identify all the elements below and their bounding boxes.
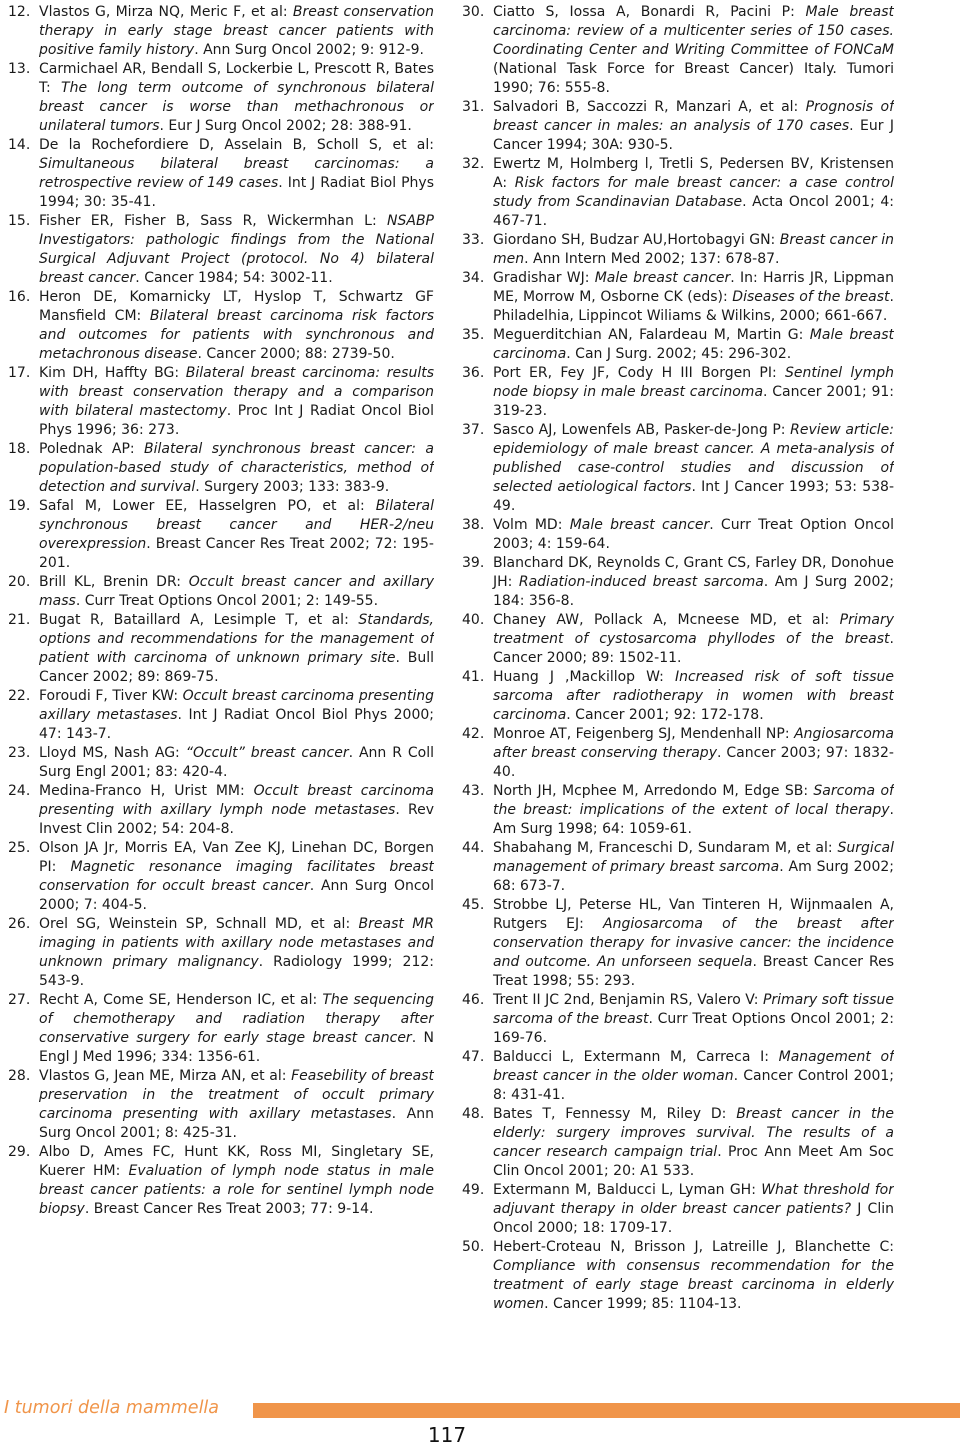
reference-number: 25. xyxy=(8,839,30,858)
reference-item: 29.Albo D, Ames FC, Hunt KK, Ross MI, Si… xyxy=(8,1143,434,1219)
reference-number: 41. xyxy=(462,668,484,687)
reference-text: Brill KL, Brenin DR: xyxy=(39,574,189,590)
reference-text: Vlastos G, Jean ME, Mirza AN, et al: xyxy=(39,1068,291,1084)
page-number: 117 xyxy=(387,1423,507,1447)
reference-text: Volm MD: xyxy=(493,517,570,533)
reference-title: “Occult” breast cancer xyxy=(186,745,349,761)
reference-item: 13.Carmichael AR, Bendall S, Lockerbie L… xyxy=(8,60,434,136)
reference-text: Sasco AJ, Lowenfels AB, Pasker-de-Jong P… xyxy=(493,422,790,438)
reference-number: 26. xyxy=(8,915,30,934)
reference-text: Salvadori B, Saccozzi R, Manzari A, et a… xyxy=(493,99,806,115)
reference-text: Vlastos G, Mirza NQ, Meric F, et al: xyxy=(39,4,293,20)
reference-number: 19. xyxy=(8,497,30,516)
reference-number: 14. xyxy=(8,136,30,155)
reference-text: Ciatto S, Iossa A, Bonardi R, Pacini P: xyxy=(493,4,806,20)
reference-item: 47.Balducci L, Extermann M, Carreca I: M… xyxy=(462,1048,894,1105)
reference-number: 31. xyxy=(462,98,484,117)
reference-item: 24.Medina-Franco H, Urist MM: Occult bre… xyxy=(8,782,434,839)
reference-text: . Cancer 1999; 85: 1104-13. xyxy=(544,1296,741,1312)
footer-series-title: I tumori della mammella xyxy=(4,1396,219,1420)
reference-number: 17. xyxy=(8,364,30,383)
reference-number: 29. xyxy=(8,1143,30,1162)
reference-number: 21. xyxy=(8,611,30,630)
reference-item: 27.Recht A, Come SE, Henderson IC, et al… xyxy=(8,991,434,1067)
reference-item: 43.North JH, Mcphee M, Arredondo M, Edge… xyxy=(462,782,894,839)
reference-text: North JH, Mcphee M, Arredondo M, Edge SB… xyxy=(493,783,813,799)
reference-number: 37. xyxy=(462,421,484,440)
reference-number: 48. xyxy=(462,1105,484,1124)
reference-item: 23.Lloyd MS, Nash AG: “Occult” breast ca… xyxy=(8,744,434,782)
reference-number: 34. xyxy=(462,269,484,288)
reference-item: 28.Vlastos G, Jean ME, Mirza AN, et al: … xyxy=(8,1067,434,1143)
reference-number: 27. xyxy=(8,991,30,1010)
reference-item: 25.Olson JA Jr, Morris EA, Van Zee KJ, L… xyxy=(8,839,434,915)
reference-item: 50.Hebert-Croteau N, Brisson J, Latreill… xyxy=(462,1238,894,1314)
reference-number: 20. xyxy=(8,573,30,592)
reference-item: 32.Ewertz M, Holmberg l, Tretli S, Peder… xyxy=(462,155,894,231)
reference-number: 46. xyxy=(462,991,484,1010)
reference-item: 37.Sasco AJ, Lowenfels AB, Pasker-de-Jon… xyxy=(462,421,894,516)
reference-text: Balducci L, Extermann M, Carreca I: xyxy=(493,1049,779,1065)
reference-title: Radiation-induced breast sarcoma xyxy=(519,574,764,590)
reference-number: 45. xyxy=(462,896,484,915)
reference-text: De la Rochefordiere D, Asselain B, Schol… xyxy=(39,137,434,153)
reference-text: Giordano SH, Budzar AU,Hortobagyi GN: xyxy=(493,232,780,248)
reference-item: 49.Extermann M, Balducci L, Lyman GH: Wh… xyxy=(462,1181,894,1238)
reference-text: Foroudi F, Tiver KW: xyxy=(39,688,183,704)
reference-text: . Curr Treat Options Oncol 2001; 2: 149-… xyxy=(76,593,378,609)
reference-text: . Ann Intern Med 2002; 137: 678-87. xyxy=(524,251,779,267)
reference-item: 40.Chaney AW, Pollack A, Mcneese MD, et … xyxy=(462,611,894,668)
reference-text: Medina-Franco H, Urist MM: xyxy=(39,783,254,799)
reference-item: 33.Giordano SH, Budzar AU,Hortobagyi GN:… xyxy=(462,231,894,269)
references-column-left: 12.Vlastos G, Mirza NQ, Meric F, et al: … xyxy=(8,3,434,1393)
reference-number: 12. xyxy=(8,3,30,22)
reference-item: 39.Blanchard DK, Reynolds C, Grant CS, F… xyxy=(462,554,894,611)
reference-number: 30. xyxy=(462,3,484,22)
reference-title: Male breast cancer xyxy=(570,517,710,533)
reference-item: 30.Ciatto S, Iossa A, Bonardi R, Pacini … xyxy=(462,3,894,98)
references-page: 12.Vlastos G, Mirza NQ, Meric F, et al: … xyxy=(0,0,960,1454)
reference-item: 42.Monroe AT, Feigenberg SJ, Mendenhall … xyxy=(462,725,894,782)
reference-item: 12.Vlastos G, Mirza NQ, Meric F, et al: … xyxy=(8,3,434,60)
reference-text: Polednak AP: xyxy=(39,441,144,457)
reference-number: 44. xyxy=(462,839,484,858)
reference-text: Hebert-Croteau N, Brisson J, Latreille J… xyxy=(493,1239,894,1255)
reference-number: 47. xyxy=(462,1048,484,1067)
reference-number: 13. xyxy=(8,60,30,79)
reference-number: 50. xyxy=(462,1238,484,1257)
reference-text: Monroe AT, Feigenberg SJ, Mendenhall NP: xyxy=(493,726,794,742)
reference-number: 15. xyxy=(8,212,30,231)
reference-item: 15.Fisher ER, Fisher B, Sass R, Wickermh… xyxy=(8,212,434,288)
reference-text: . Breast Cancer Res Treat 2003; 77: 9-14… xyxy=(85,1201,374,1217)
reference-title: Male breast cancer xyxy=(595,270,731,286)
reference-text: Bugat R, Bataillard A, Lesimple T, et al… xyxy=(39,612,358,628)
reference-number: 24. xyxy=(8,782,30,801)
reference-title: Diseases of the breast xyxy=(732,289,889,305)
reference-number: 18. xyxy=(8,440,30,459)
reference-item: 35.Meguerditchian AN, Falardeau M, Marti… xyxy=(462,326,894,364)
reference-item: 46.Trent II JC 2nd, Benjamin RS, Valero … xyxy=(462,991,894,1048)
reference-number: 40. xyxy=(462,611,484,630)
reference-text: Huang J ,Mackillop W: xyxy=(493,669,675,685)
reference-text: Fisher ER, Fisher B, Sass R, Wickermhan … xyxy=(39,213,387,229)
reference-number: 43. xyxy=(462,782,484,801)
reference-item: 14.De la Rochefordiere D, Asselain B, Sc… xyxy=(8,136,434,212)
reference-number: 42. xyxy=(462,725,484,744)
reference-text: . Can J Surg. 2002; 45: 296-302. xyxy=(566,346,791,362)
reference-text: Lloyd MS, Nash AG: xyxy=(39,745,186,761)
reference-text: . Surgery 2003; 133: 383-9. xyxy=(195,479,389,495)
reference-item: 18.Polednak AP: Bilateral synchronous br… xyxy=(8,440,434,497)
references-column-right: 30.Ciatto S, Iossa A, Bonardi R, Pacini … xyxy=(462,3,894,1393)
reference-text: Extermann M, Balducci L, Lyman GH: xyxy=(493,1182,761,1198)
reference-text: Trent II JC 2nd, Benjamin RS, Valero V: xyxy=(493,992,763,1008)
reference-number: 36. xyxy=(462,364,484,383)
reference-text: Chaney AW, Pollack A, Mcneese MD, et al: xyxy=(493,612,840,628)
reference-text: (National Task Force for Breast Cancer) … xyxy=(493,61,894,96)
reference-item: 48.Bates T, Fennessy M, Riley D: Breast … xyxy=(462,1105,894,1181)
reference-text: Bates T, Fennessy M, Riley D: xyxy=(493,1106,736,1122)
reference-text: Recht A, Come SE, Henderson IC, et al: xyxy=(39,992,322,1008)
reference-text: Gradishar WJ: xyxy=(493,270,595,286)
reference-item: 19.Safal M, Lower EE, Hasselgren PO, et … xyxy=(8,497,434,573)
reference-text: Orel SG, Weinstein SP, Schnall MD, et al… xyxy=(39,916,359,932)
reference-number: 49. xyxy=(462,1181,484,1200)
reference-number: 22. xyxy=(8,687,30,706)
reference-item: 41.Huang J ,Mackillop W: Increased risk … xyxy=(462,668,894,725)
reference-item: 21.Bugat R, Bataillard A, Lesimple T, et… xyxy=(8,611,434,687)
reference-item: 45.Strobbe LJ, Peterse HL, Van Tinteren … xyxy=(462,896,894,991)
footer-accent-bar xyxy=(253,1403,960,1418)
reference-text: . Ann Surg Oncol 2002; 9: 912-9. xyxy=(194,42,424,58)
reference-item: 20.Brill KL, Brenin DR: Occult breast ca… xyxy=(8,573,434,611)
reference-item: 34.Gradishar WJ: Male breast cancer. In:… xyxy=(462,269,894,326)
reference-number: 32. xyxy=(462,155,484,174)
reference-number: 23. xyxy=(8,744,30,763)
reference-number: 16. xyxy=(8,288,30,307)
reference-text: Shabahang M, Franceschi D, Sundaram M, e… xyxy=(493,840,838,856)
reference-item: 17.Kim DH, Haffty BG: Bilateral breast c… xyxy=(8,364,434,440)
reference-number: 33. xyxy=(462,231,484,250)
reference-item: 36.Port ER, Fey JF, Cody H III Borgen PI… xyxy=(462,364,894,421)
reference-text: Safal M, Lower EE, Hasselgren PO, et al: xyxy=(39,498,376,514)
reference-item: 16.Heron DE, Komarnicky LT, Hyslop T, Sc… xyxy=(8,288,434,364)
reference-item: 44.Shabahang M, Franceschi D, Sundaram M… xyxy=(462,839,894,896)
reference-item: 31.Salvadori B, Saccozzi R, Manzari A, e… xyxy=(462,98,894,155)
reference-text: . Eur J Surg Oncol 2002; 28: 388-91. xyxy=(160,118,412,134)
reference-number: 35. xyxy=(462,326,484,345)
reference-text: . Cancer 2000; 88: 2739-50. xyxy=(197,346,394,362)
reference-text: Port ER, Fey JF, Cody H III Borgen PI: xyxy=(493,365,785,381)
reference-text: Kim DH, Haffty BG: xyxy=(39,365,186,381)
reference-item: 22.Foroudi F, Tiver KW: Occult breast ca… xyxy=(8,687,434,744)
reference-item: 26.Orel SG, Weinstein SP, Schnall MD, et… xyxy=(8,915,434,991)
reference-text: . Cancer 2001; 92: 172-178. xyxy=(566,707,763,723)
reference-item: 38.Volm MD: Male breast cancer. Curr Tre… xyxy=(462,516,894,554)
reference-text: . Cancer 1984; 54: 3002-11. xyxy=(135,270,332,286)
reference-number: 28. xyxy=(8,1067,30,1086)
reference-number: 38. xyxy=(462,516,484,535)
reference-number: 39. xyxy=(462,554,484,573)
reference-text: Meguerditchian AN, Falardeau M, Martin G… xyxy=(493,327,810,343)
